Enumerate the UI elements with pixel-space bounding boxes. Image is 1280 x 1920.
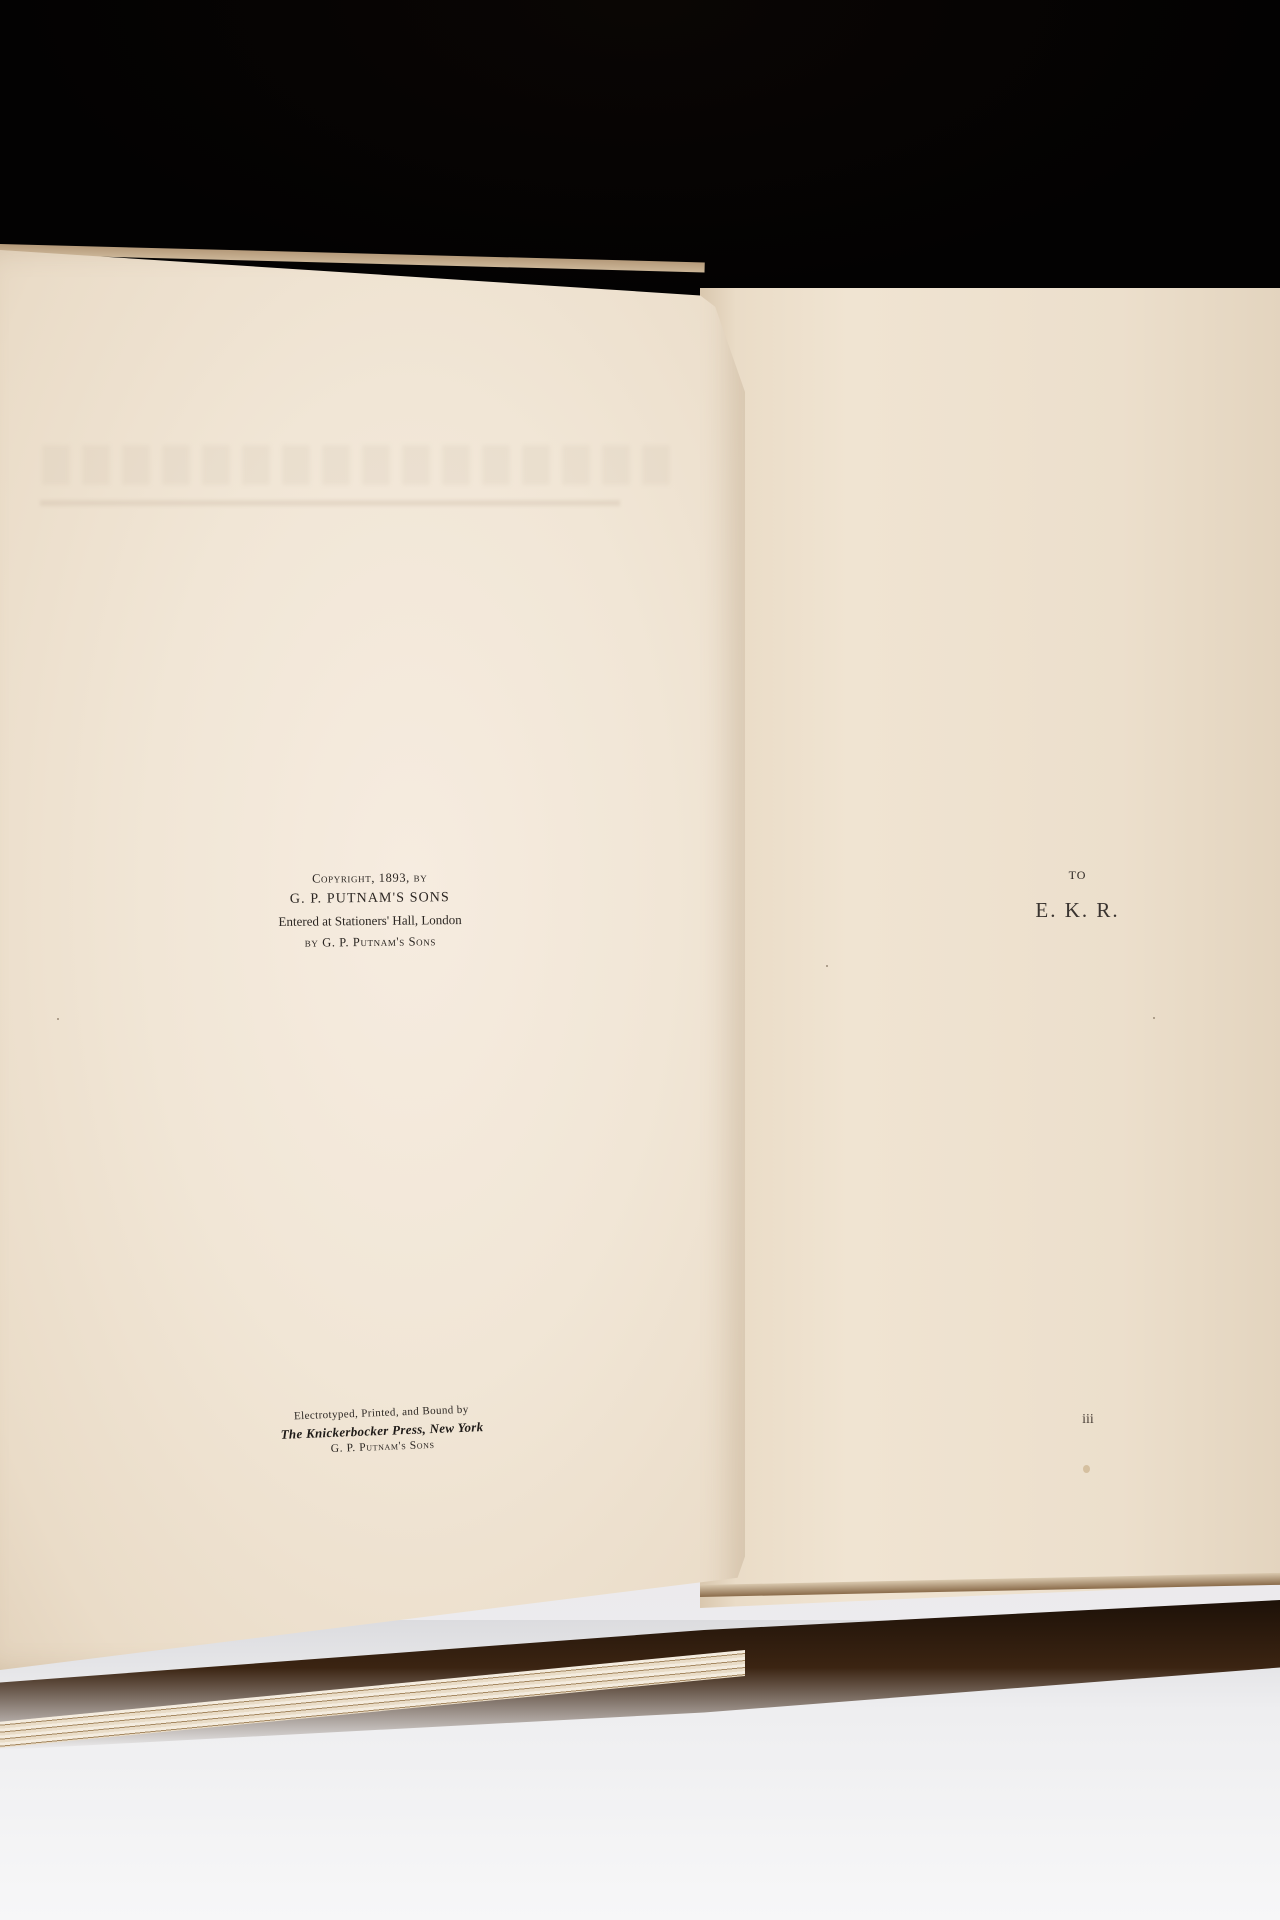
copyright-notice: Copyright, 1893, by G. P. PUTNAM'S SONS … (210, 866, 531, 953)
paper-speck (1153, 1017, 1155, 1019)
dedication-to: TO (1010, 865, 1145, 885)
right-page (700, 288, 1280, 1608)
publisher-byline: by G. P. Putnam's Sons (210, 930, 530, 953)
paper-speck (57, 1018, 59, 1020)
dedication-initials: E. K. R. (1010, 897, 1145, 923)
foxing-spot (1083, 1465, 1090, 1473)
paper-speck (826, 965, 828, 967)
title-bleed-through (30, 445, 670, 485)
book-photo-scene: Copyright, 1893, by G. P. PUTNAM'S SONS … (0, 0, 1280, 1920)
title-bleed-through-rule (40, 500, 620, 506)
page-number: iii (1070, 1412, 1106, 1428)
dedication: TO E. K. R. (1010, 865, 1145, 923)
